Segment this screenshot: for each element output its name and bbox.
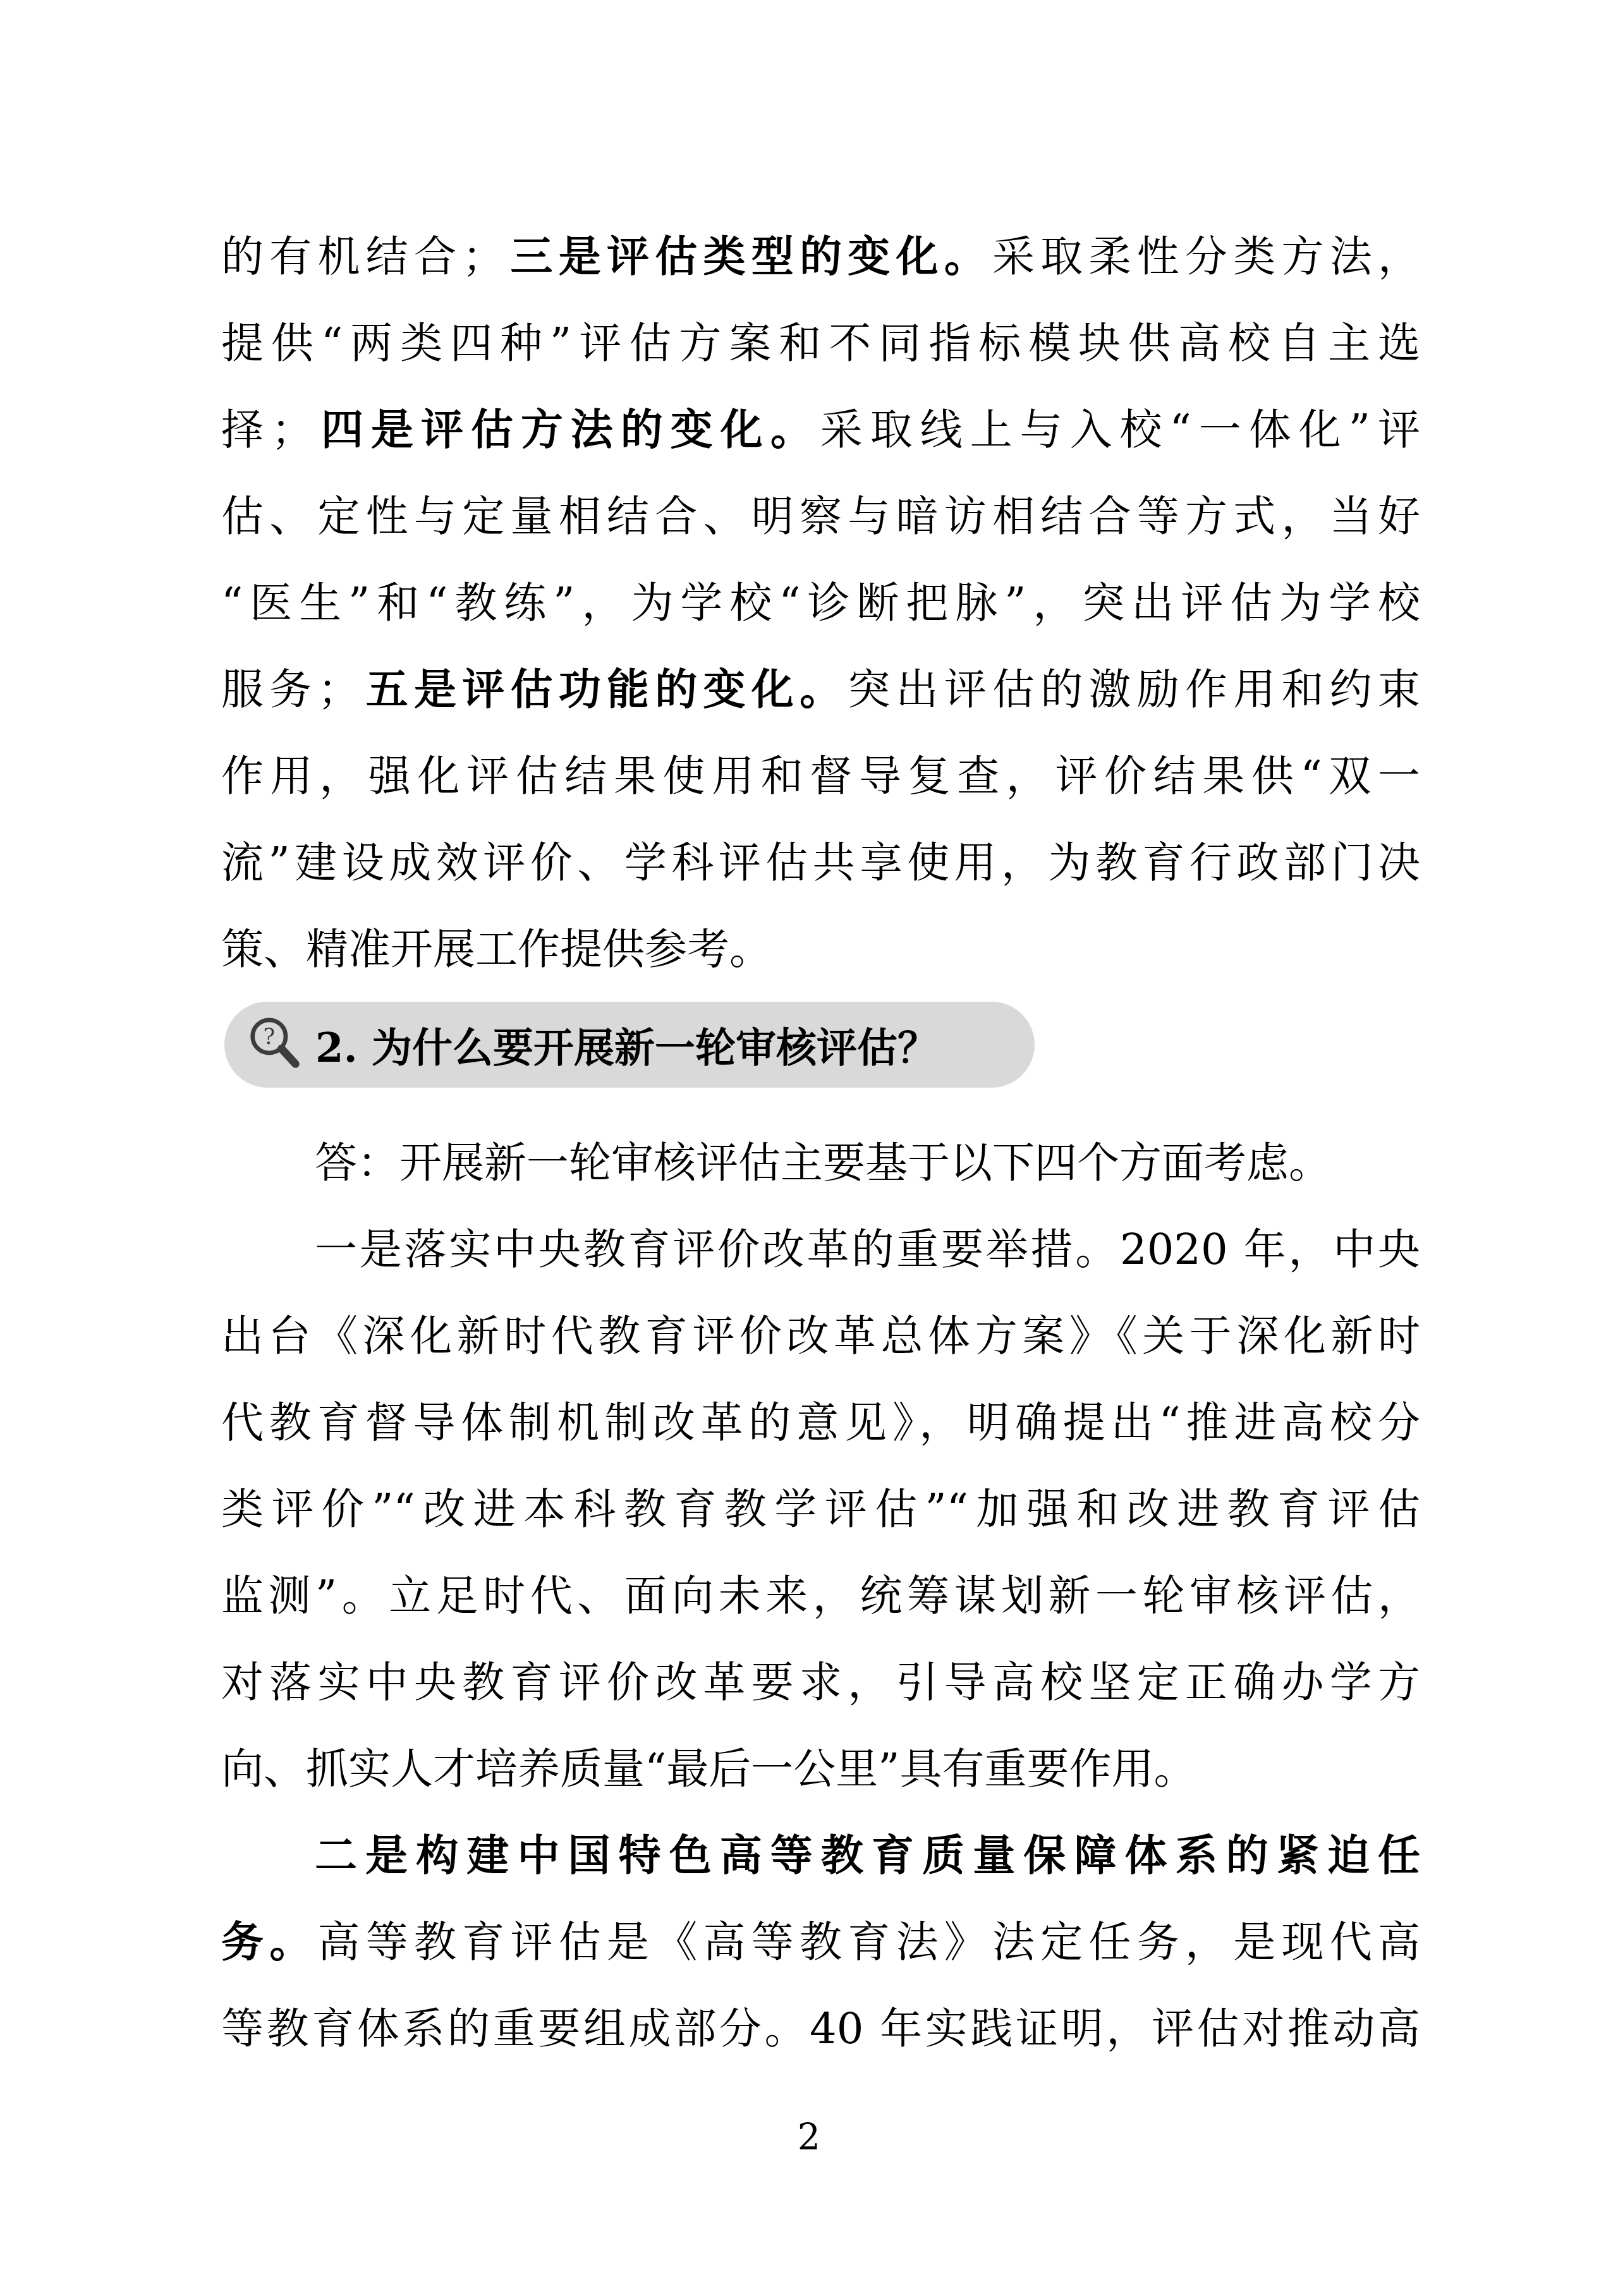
text-segment: 择； [221, 405, 313, 454]
text-segment-bold: 四是评估方法的变化。 [313, 405, 820, 454]
page-footer: 2 [0, 2115, 1618, 2160]
text-segment-bold: 二是构建中国特色高等教育质量保障体系的紧迫任 [315, 1831, 1420, 1880]
text-segment: 提供“两类四种”评估方案和不同指标模块供高校自主选 [221, 319, 1420, 368]
text-segment-bold: 务。 [221, 1917, 318, 1967]
text-segment: 答：开展新一轮审核评估主要基于以下四个方面考虑。 [315, 1138, 1331, 1187]
text-line: 流”建设成效评价、学科评估共享使用，为教育行政部门决 [221, 820, 1420, 906]
text-segment-bold: 五是评估功能的变化。 [360, 665, 848, 714]
text-line: 等教育体系的重要组成部分。40 年实践证明，评估对推动高 [221, 1986, 1420, 2072]
text-line: 作用，强化评估结果使用和督导复查，评价结果供“双一 [221, 733, 1420, 820]
text-line: “医生”和“教练”，为学校“诊断把脉”，突出评估为学校 [221, 560, 1420, 647]
text-segment: 对落实中央教育评价改革要求，引导高校坚定正确办学方 [221, 1658, 1420, 1707]
text-line: 务。高等教育评估是《高等教育法》法定任务，是现代高 [221, 1899, 1420, 1986]
paragraph-block-continued: 的有机结合；三是评估类型的变化。采取柔性分类方法，提供“两类四种”评估方案和不同… [221, 214, 1420, 993]
text-line: 对落实中央教育评价改革要求，引导高校坚定正确办学方 [221, 1639, 1420, 1726]
text-line: 出台《深化新时代教育评价改革总体方案》《关于深化新时 [221, 1293, 1420, 1380]
text-segment: “医生”和“教练”，为学校“诊断把脉”，突出评估为学校 [221, 578, 1420, 628]
text-segment: 服务； [221, 665, 360, 714]
text-segment: 出台《深化新时代教育评价改革总体方案》《关于深化新时 [221, 1311, 1420, 1361]
text-segment: 采取线上与入校“一体化”评 [820, 405, 1420, 454]
text-line: 二是构建中国特色高等教育质量保障体系的紧迫任 [221, 1813, 1420, 1899]
text-segment: 代教育督导体制机制改革的意见》，明确提出“推进高校分 [221, 1398, 1420, 1447]
text-line: 向、抓实人才培养质量“最后一公里”具有重要作用。 [221, 1726, 1420, 1813]
text-line: 估、定性与定量相结合、明察与暗访相结合等方式，当好 [221, 473, 1420, 560]
document-page: 的有机结合；三是评估类型的变化。采取柔性分类方法，提供“两类四种”评估方案和不同… [0, 0, 1618, 2296]
text-segment-bold: 三是评估类型的变化。 [504, 232, 992, 281]
text-segment: 突出评估的激励作用和约束 [848, 665, 1420, 714]
text-segment: 估、定性与定量相结合、明察与暗访相结合等方式，当好 [221, 492, 1420, 541]
text-line: 类评价”“改进本科教育教学评估”“加强和改进教育评估 [221, 1466, 1420, 1553]
text-segment: 流”建设成效评价、学科评估共享使用，为教育行政部门决 [221, 838, 1420, 887]
page-number: 2 [798, 2117, 820, 2158]
text-segment: 监测”。立足时代、面向未来，统筹谋划新一轮审核评估， [221, 1571, 1420, 1620]
text-line: 服务；五是评估功能的变化。突出评估的激励作用和约束 [221, 647, 1420, 733]
text-line: 一是落实中央教育评价改革的重要举措。2020 年，中央 [221, 1206, 1420, 1293]
text-line: 答：开展新一轮审核评估主要基于以下四个方面考虑。 [221, 1120, 1420, 1206]
text-segment: 的有机结合； [221, 232, 504, 281]
text-line: 监测”。立足时代、面向未来，统筹谋划新一轮审核评估， [221, 1553, 1420, 1639]
text-line: 策、精准开展工作提供参考。 [221, 906, 1420, 993]
text-segment: 向、抓实人才培养质量“最后一公里”具有重要作用。 [221, 1744, 1196, 1794]
text-segment: 策、精准开展工作提供参考。 [221, 925, 772, 974]
text-segment: 作用，强化评估结果使用和督导复查，评价结果供“双一 [221, 751, 1420, 801]
text-segment: 采取柔性分类方法， [992, 232, 1420, 281]
text-segment: 类评价”“改进本科教育教学评估”“加强和改进教育评估 [221, 1485, 1420, 1534]
svg-text:?: ? [264, 1024, 276, 1050]
paragraph-block-answer: 答：开展新一轮审核评估主要基于以下四个方面考虑。一是落实中央教育评价改革的重要举… [221, 1120, 1420, 2072]
text-segment: 等教育体系的重要组成部分。40 年实践证明，评估对推动高 [221, 2004, 1420, 2053]
text-segment: 一是落实中央教育评价改革的重要举措。2020 年，中央 [315, 1225, 1420, 1274]
magnifier-question-icon: ? [247, 1016, 305, 1074]
text-line: 提供“两类四种”评估方案和不同指标模块供高校自主选 [221, 300, 1420, 387]
text-line: 的有机结合；三是评估类型的变化。采取柔性分类方法， [221, 214, 1420, 300]
question-2-heading: ? 2. 为什么要开展新一轮审核评估？ [224, 1002, 1035, 1088]
text-segment: 高等教育评估是《高等教育法》法定任务，是现代高 [318, 1917, 1421, 1967]
text-line: 择；四是评估方法的变化。采取线上与入校“一体化”评 [221, 387, 1420, 473]
question-heading-label: 2. 为什么要开展新一轮审核评估？ [315, 1016, 938, 1074]
text-line: 代教育督导体制机制改革的意见》，明确提出“推进高校分 [221, 1380, 1420, 1466]
